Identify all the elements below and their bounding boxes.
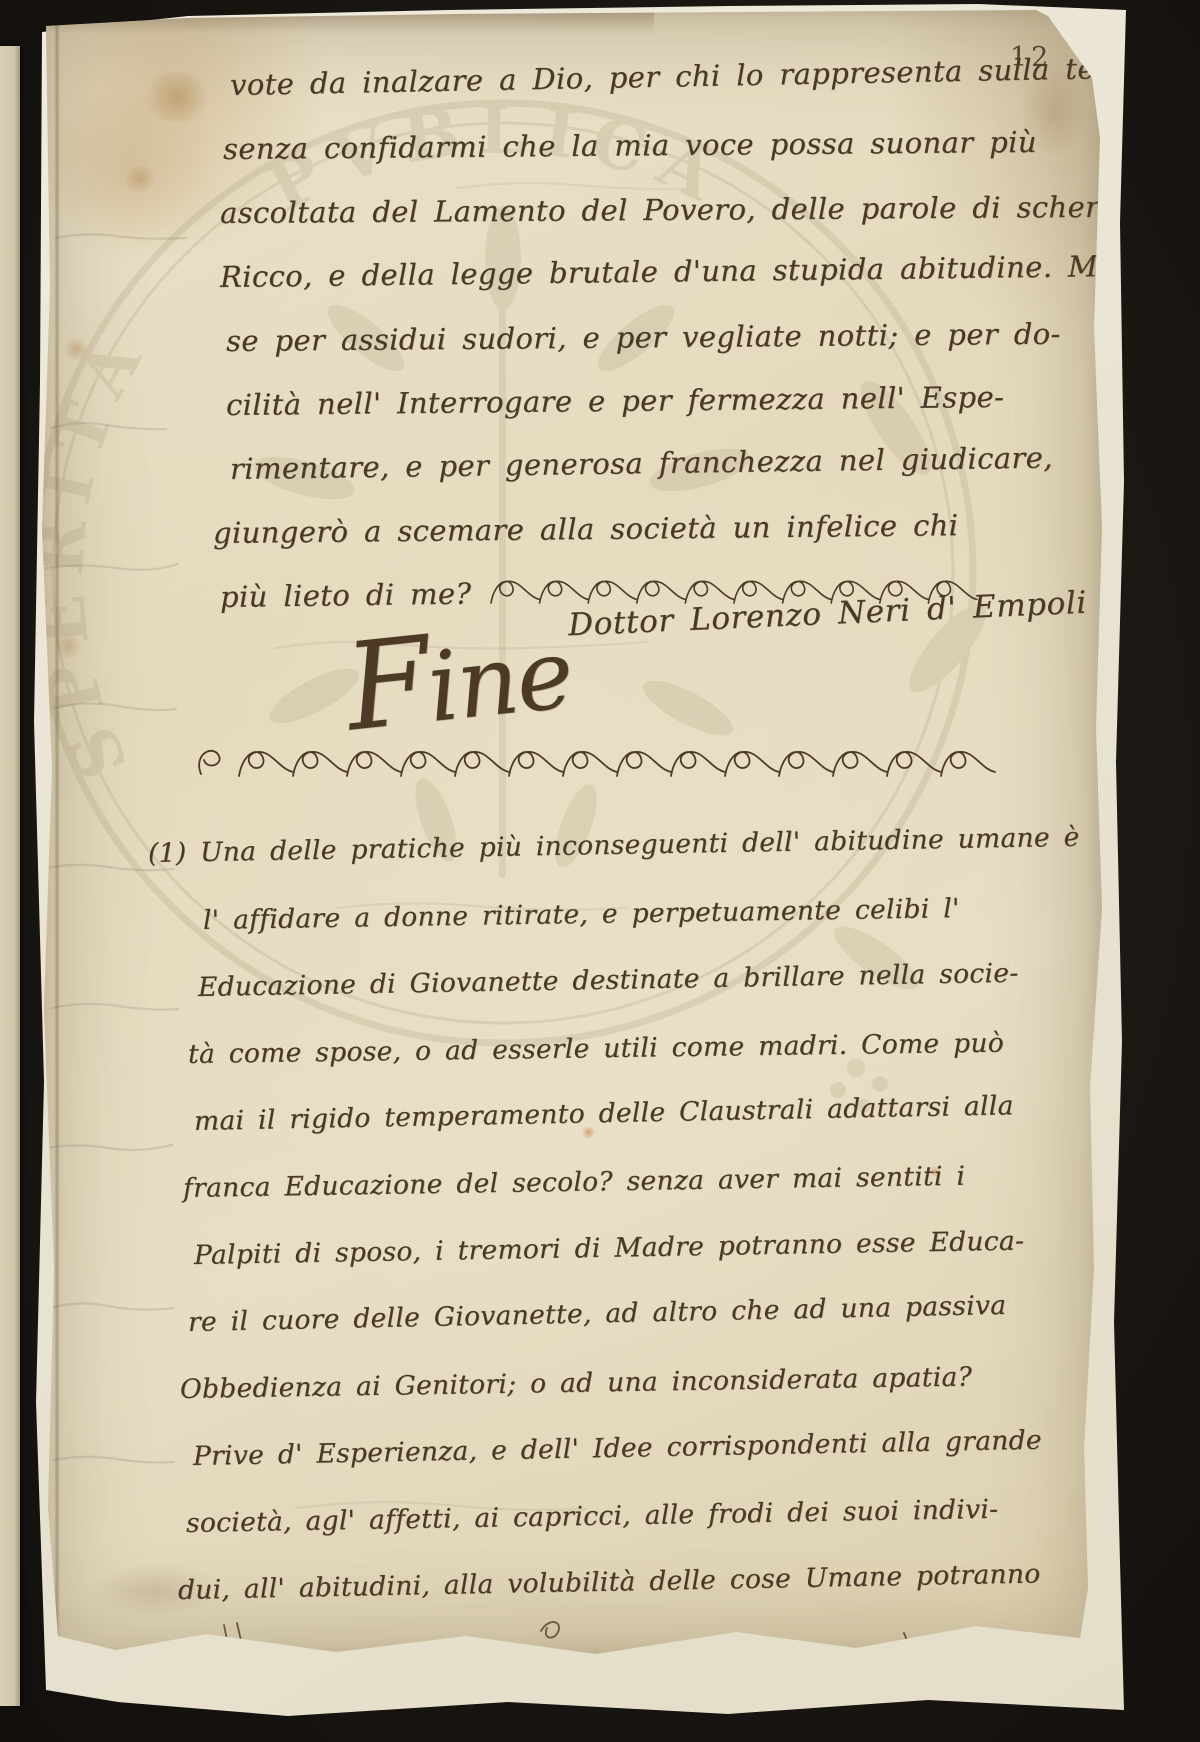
manuscript-line: più lieto di me?: [220, 576, 472, 614]
manuscript-line: senza confidarmi che la mia voce possa s…: [223, 125, 1037, 166]
scan-background: SPERITA PVBLICA: [0, 0, 1200, 1742]
manuscript-line: se per assidui sudori, e per vegliate no…: [226, 317, 1061, 358]
divider-flourish: [193, 740, 1013, 796]
fine-flourish: Fine: [339, 597, 577, 759]
manuscript-page: SPERITA PVBLICA: [36, 8, 1102, 1660]
fold-crease: [54, 8, 60, 1660]
adjacent-page-edge: [0, 46, 20, 1706]
manuscript-line: ascoltata del Lamento del Povero, delle …: [220, 189, 1198, 230]
